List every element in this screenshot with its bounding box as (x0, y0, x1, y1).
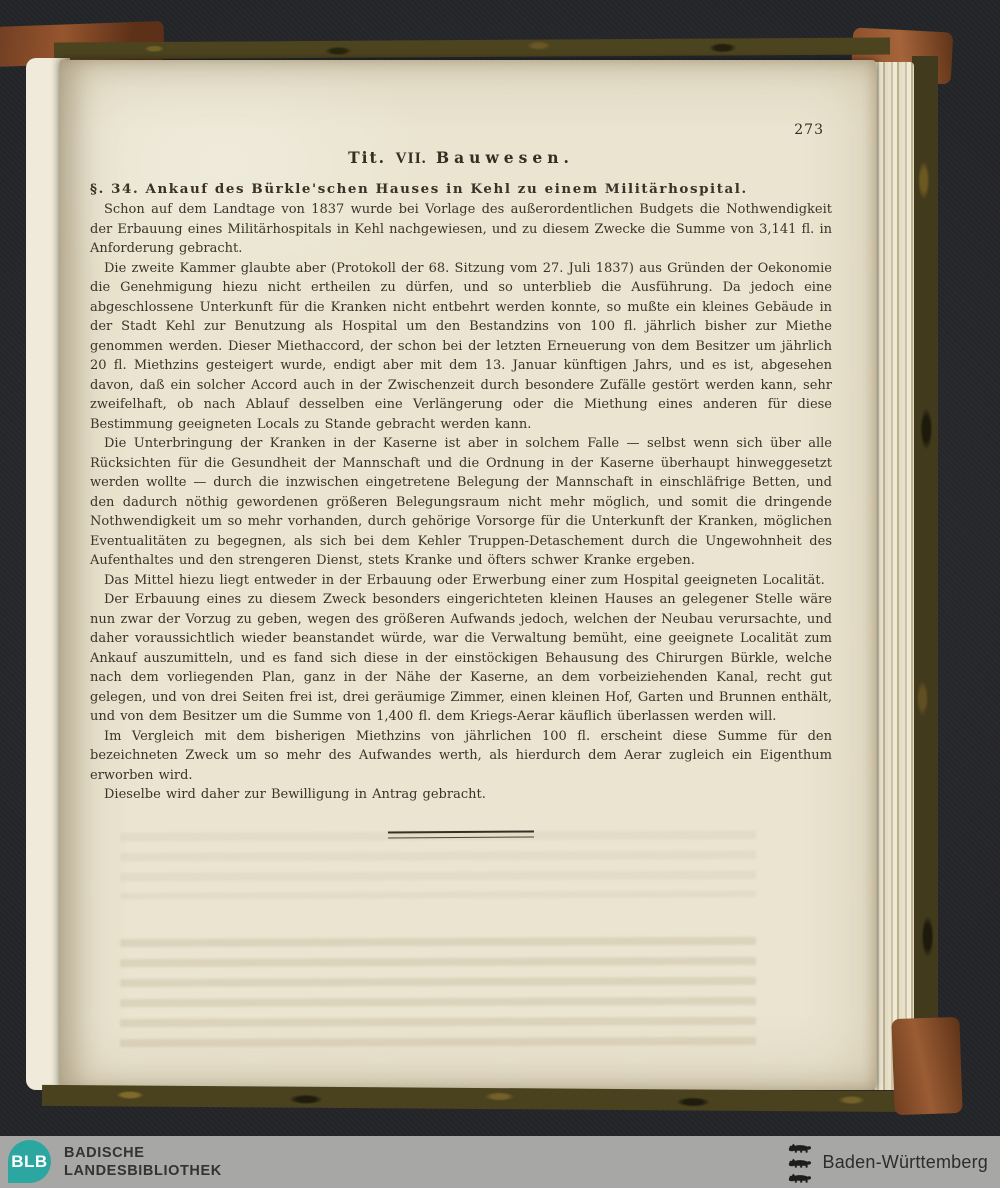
paragraph: Dieselbe wird daher zur Bewilligung in A… (90, 785, 832, 805)
book-leather-corner-bottom-right (891, 1017, 962, 1115)
page-content: Tit. VII. Bauwesen. §. 34. Ankauf des Bü… (90, 60, 832, 838)
library-name-line1: BADISCHE (64, 1144, 222, 1162)
ink-bleedthrough-lower (120, 937, 756, 1059)
book-marbled-edge-right (912, 56, 938, 1092)
body-text: Schon auf dem Landtage von 1837 wurde be… (90, 200, 832, 805)
section-heading: §. 34. Ankauf des Bürkle'schen Hauses in… (90, 181, 832, 197)
paragraph: Schon auf dem Landtage von 1837 wurde be… (90, 200, 832, 259)
chapter-title-prefix: Tit. (348, 148, 386, 167)
chapter-title: Tit. VII. Bauwesen. (90, 148, 832, 168)
paragraph: Die Unterbringung der Kranken in der Kas… (90, 434, 832, 571)
paragraph: Das Mittel hiezu liegt entweder in der E… (90, 571, 832, 591)
section-end-rule (388, 830, 534, 838)
page-stack-edge (874, 62, 914, 1090)
library-footer-bar: BLB BADISCHE LANDESBIBLIOTHEK Baden-Würt… (0, 1136, 1000, 1188)
paragraph: Die zweite Kammer glaubte aber (Protokol… (90, 259, 832, 435)
state-name: Baden-Württemberg (823, 1152, 988, 1173)
paragraph: Im Vergleich mit dem bisherigen Miethzin… (90, 727, 832, 786)
chapter-title-number: VII. (391, 150, 430, 167)
scanned-page: 273 Tit. VII. Bauwesen. §. 34. Ankauf de… (60, 60, 876, 1090)
baden-wuerttemberg-coat-of-arms-icon (787, 1140, 814, 1184)
library-name: BADISCHE LANDESBIBLIOTHEK (64, 1144, 222, 1180)
paragraph: Der Erbauung eines zu diesem Zweck beson… (90, 590, 832, 727)
state-logo-block: Baden-Württemberg (787, 1136, 988, 1188)
library-name-line2: LANDESBIBLIOTHEK (64, 1162, 222, 1180)
blb-logo-text: BLB (11, 1152, 47, 1172)
blb-logo: BLB (8, 1140, 51, 1183)
ink-bleedthrough-upper (120, 831, 756, 899)
chapter-title-subject: Bauwesen. (436, 148, 574, 167)
scan-viewer-stage: 273 Tit. VII. Bauwesen. §. 34. Ankauf de… (0, 0, 1000, 1188)
